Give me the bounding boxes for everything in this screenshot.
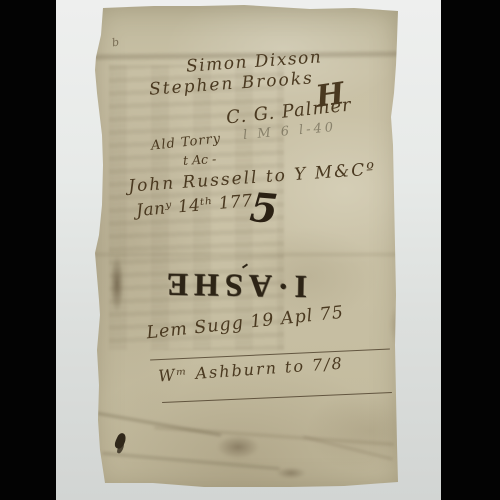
right-smudge	[389, 305, 407, 345]
bottom-smudge-1	[216, 435, 260, 459]
left-black-bar	[0, 0, 56, 500]
underline-ashburn	[162, 392, 392, 403]
handwritten-note-account: t Ac -	[183, 151, 217, 168]
bottom-smudge-2	[276, 467, 306, 479]
right-black-bar	[441, 0, 500, 500]
manuscript-paper: b Simon Dixson Stephen Brooks H C. G. Pa…	[94, 5, 400, 489]
ink-blot	[113, 432, 128, 450]
bottom-crease-1	[95, 412, 221, 436]
bold-numeral-five: 5	[248, 184, 280, 233]
middle-fold-crease	[94, 253, 400, 256]
pencil-mark: b	[111, 35, 120, 49]
bottom-crease-3	[154, 427, 394, 446]
photo-frame: b Simon Dixson Stephen Brooks H C. G. Pa…	[0, 0, 500, 500]
upside-down-ashe-stamp: I·ASHE	[154, 262, 315, 311]
left-edge-stain	[110, 255, 124, 313]
